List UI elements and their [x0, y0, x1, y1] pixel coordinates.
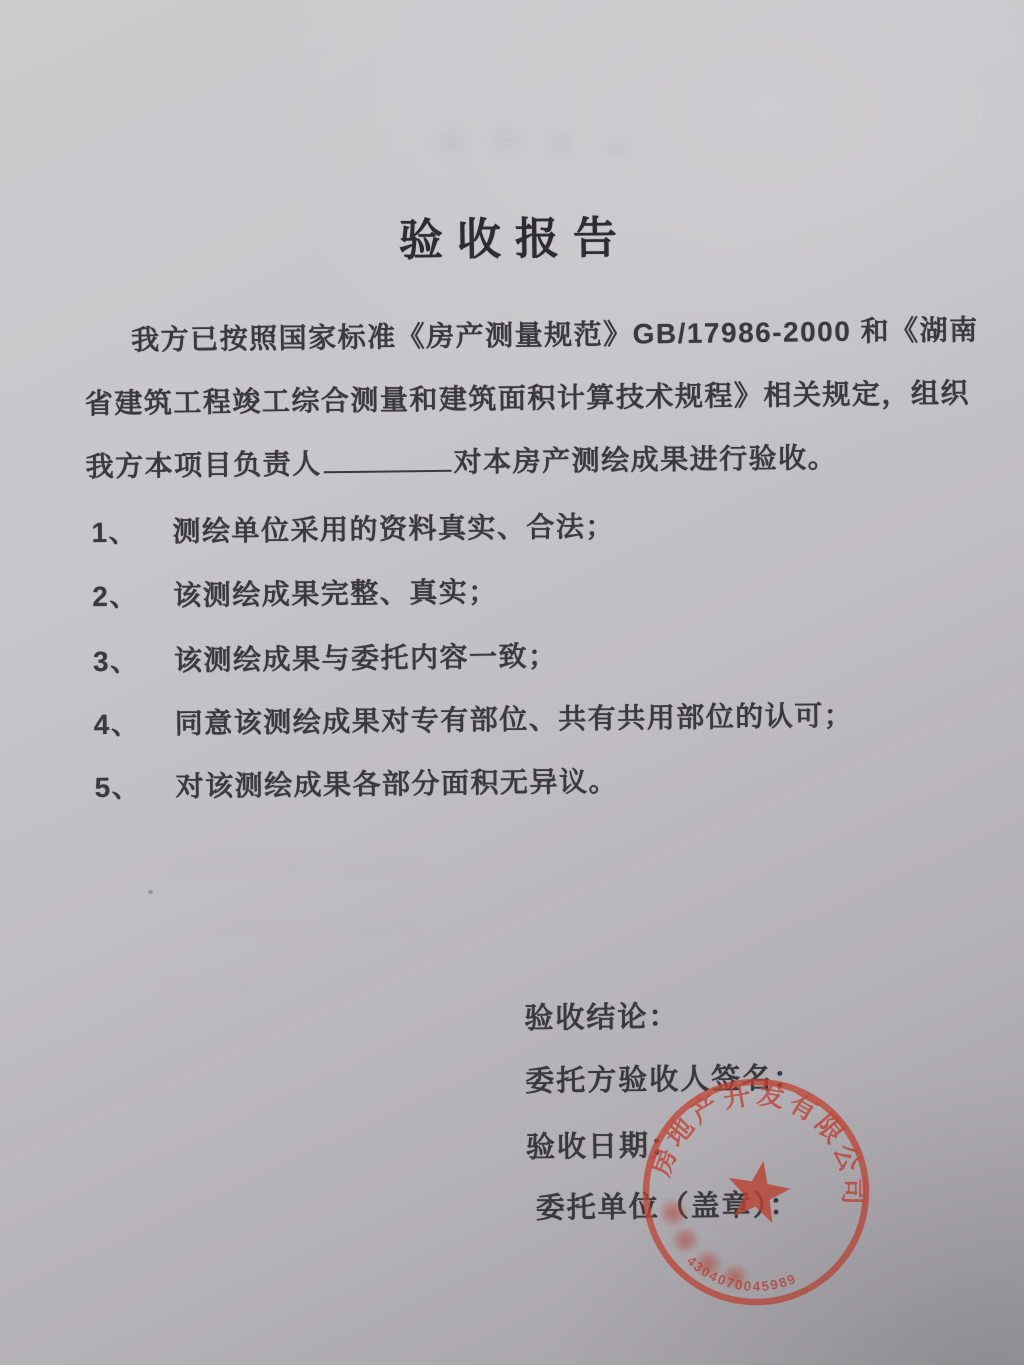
list-item-1: 1、测绘单位采用的资料真实、合法；: [91, 505, 615, 551]
item-number: 1、: [91, 510, 172, 551]
item-text: 测绘单位采用的资料真实、合法；: [172, 511, 615, 547]
list-item-5: 5、对该测绘成果各部分面积无异议。: [94, 760, 618, 806]
paragraph-line-2: 省建筑工程竣工综合测量和建筑面积计算技术规程》相关规定，组织: [85, 371, 970, 422]
list-item-3: 3、该测绘成果与委托内容一致；: [93, 634, 558, 680]
item-text: 该测绘成果与委托内容一致；: [174, 640, 558, 676]
document-page: 验收报告 我方已按照国家标准《房产测量规范》GB/17986-2000 和《湖南…: [0, 0, 1024, 1365]
list-item-2: 2、该测绘成果完整、真实；: [92, 570, 498, 615]
item-number: 4、: [94, 702, 175, 743]
list-item-4: 4、同意该测绘成果对专有部位、共有共用部位的认可；: [94, 694, 854, 743]
seal-blurred-character: [694, 1252, 722, 1276]
seal-graphic: 房地产开发有限公司 4304070045989: [594, 1030, 918, 1354]
company-seal-stamp: 房地产开发有限公司 4304070045989: [594, 1030, 918, 1354]
seal-blurred-character: [660, 1200, 686, 1226]
paragraph-line-3-before: 我方本项目负责人: [85, 448, 321, 482]
paragraph-line-3: 我方本项目负责人对本房产测绘成果进行验收。: [85, 436, 837, 485]
seal-blurred-character: [672, 1228, 698, 1252]
item-number: 2、: [92, 574, 173, 615]
document-title: 验收报告: [398, 202, 631, 269]
signature-blank-underline: [323, 442, 451, 474]
item-text: 该测绘成果完整、真实；: [173, 576, 498, 611]
paragraph-line-3-after: 对本房产测绘成果进行验收。: [453, 442, 837, 478]
item-number: 3、: [93, 639, 174, 680]
seal-blurred-character: [722, 1266, 748, 1288]
item-text: 同意该测绘成果对专有部位、共有共用部位的认可；: [175, 700, 854, 739]
paragraph-line-1: 我方已按照国家标准《房产测量规范》GB/17986-2000 和《湖南: [131, 308, 979, 358]
item-number: 5、: [94, 765, 175, 806]
item-text: 对该测绘成果各部分面积无异议。: [175, 766, 618, 802]
conclusion-label: 验收结论：: [524, 994, 680, 1037]
seal-star-icon: [722, 1155, 794, 1225]
